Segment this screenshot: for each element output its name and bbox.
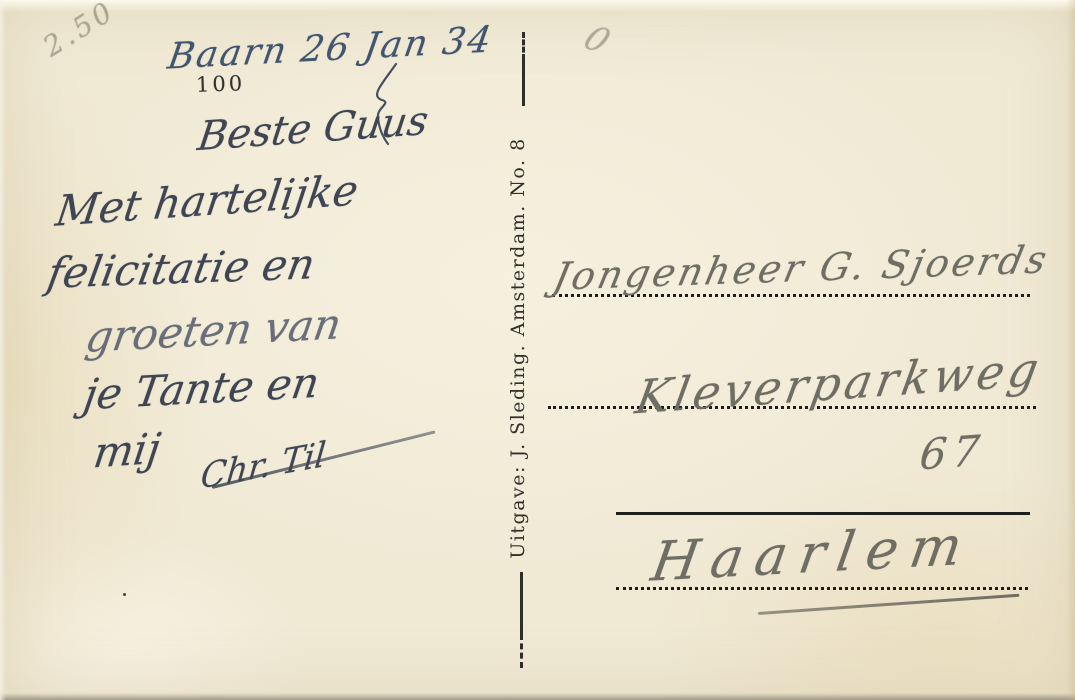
card-edge-top — [0, 0, 1075, 12]
divider-line-bottom-solid — [520, 572, 523, 634]
pencil-zero-mark: 0 — [577, 19, 617, 62]
address-city: Haarlem — [647, 513, 978, 593]
message-line: Met hartelijke — [53, 165, 361, 236]
message-line: felicitatie en — [44, 239, 319, 298]
postcard-back: 2.50 0 Baarn 26 Jan 34 100 Beste Guus Me… — [0, 0, 1075, 700]
message-line: je Tante en — [80, 358, 323, 420]
card-edge-right — [1066, 0, 1075, 700]
divider-line-top-solid — [522, 60, 525, 106]
handwritten-number-100: 100 — [196, 71, 246, 97]
divider-line-bottom-dashed — [520, 634, 523, 668]
address-house-number: 67 — [917, 425, 987, 479]
city-underline-flourish — [758, 594, 1020, 615]
paper-speck — [123, 593, 126, 596]
handwritten-dateline: Baarn 26 Jan 34 — [165, 19, 496, 77]
address-street: Kleverparkweg — [632, 341, 1047, 424]
signature: Chr. Til — [199, 434, 328, 497]
card-edge-bottom — [0, 693, 1075, 700]
divider-line-top-dashed — [522, 32, 525, 60]
card-edge-left — [0, 0, 6, 700]
publisher-imprint: Uitgave: J. Sleding. Amsterdam. No. 8 — [507, 126, 533, 571]
message-line: mij — [91, 423, 164, 477]
message-line: Beste Guus — [195, 98, 431, 161]
address-recipient: Jongenheer G. Sjoerds — [549, 237, 1053, 299]
message-line: groeten van — [82, 299, 345, 362]
